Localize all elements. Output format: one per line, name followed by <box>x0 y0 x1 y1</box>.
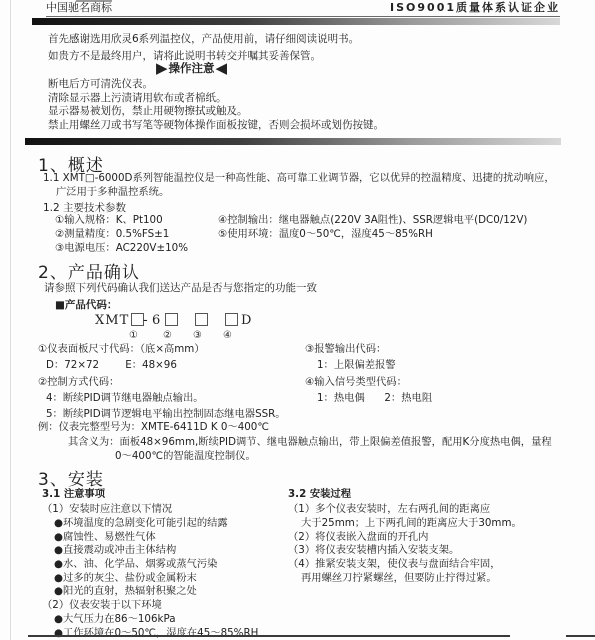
code-description-item: 4：断续PID调节继电器触点输出。 <box>38 390 313 406</box>
caution-heading-text: 操作注意 <box>169 60 215 76</box>
page-bottom-edge-right <box>566 635 595 637</box>
parameter-row: ②测量精度：0.5%FS±1 ⑤使用环境：温度0～50℃，湿度45～85%RH <box>55 227 585 241</box>
installation-columns: 3.1 注意事项 （1）安装时应注意以下情况 ●环境温度的急剧变化可能引起的结露… <box>42 488 587 640</box>
note-bullet: ●水、油、化学品、烟雾或蒸气污染 <box>42 558 288 572</box>
trademark-label: 中国驰名商标 <box>46 2 112 14</box>
paragraph-line: 广泛用于多种温控系统。 <box>43 186 555 200</box>
parameter-row: ①输入规格：K、Pt100 ④控制输出：继电器触点(220V 3A阻性)、SSR… <box>55 213 585 227</box>
caution-line: 清除显示器上污渍请用软布或者棉纸。 <box>48 92 384 106</box>
right-triangle-icon: ▶ <box>156 61 168 75</box>
process-step: 大于25mm；上下两孔间的距离应大于30mm。 <box>288 517 587 531</box>
example-line: 其含义为：面板48×96mm,断续PID调节、继电器触点输出，带上限偏差值报警，… <box>38 435 552 450</box>
parameter-item: ④控制输出：继电器触点(220V 3A阻性)、SSR逻辑电平(DC0/12V) <box>218 213 527 227</box>
process-subheading: 3.2 安装过程 <box>288 488 587 502</box>
code-description-item: ①仪表面板尺寸代码：（底×高mm） <box>38 341 305 357</box>
code-description-item: ②控制方式代码： <box>38 374 305 390</box>
code-description-item: 1：热电偶 2：热电阻 <box>313 390 432 406</box>
caution-line: 显示器易被划伤，禁止用硬物擦拭或触及。 <box>48 105 384 119</box>
left-triangle-icon: ◀ <box>216 61 228 75</box>
section3-title: 3、安装 <box>38 465 104 490</box>
page-header: 中国驰名商标 ISO9001质量体系认证企业 <box>46 2 560 17</box>
process-step: （3）将仪表安装槽内插入安装支架。 <box>288 544 587 558</box>
notes-subheading: 3.1 注意事项 <box>42 488 288 502</box>
code-position-3: ③ <box>193 330 202 341</box>
gradient-divider-middle <box>25 138 561 145</box>
operation-caution-heading: ▶ 操作注意 ◀ <box>156 60 227 76</box>
manual-page: 中国驰名商标 ISO9001质量体系认证企业 首先感谢选用欣灵6系列温控仪，产品… <box>0 0 595 640</box>
caution-line: 断电后方可清洗仪表。 <box>48 78 384 92</box>
process-step: 再用螺丝刀拧紧螺丝，但要防止拧得过紧。 <box>288 572 587 586</box>
parameter-item: ⑤使用环境：温度0～50℃，湿度45～85%RH <box>218 227 433 241</box>
section1-description: 1.1 XMT□-6000D系列智能温控仪是一种高性能、高可靠工业调节器，它以优… <box>43 172 555 199</box>
parameter-row: ③电源电压：AC220V±10% <box>55 241 585 255</box>
caution-line: 禁止用螺丝刀或书写笔等硬物体操作面板按键，否则会损坏或划伤按键。 <box>48 119 384 133</box>
installation-notes-column: 3.1 注意事项 （1）安装时应注意以下情况 ●环境温度的急剧变化可能引起的结露… <box>42 488 288 640</box>
process-step: （4）推紧安装支架，使仪表与盘面结合牢固， <box>288 558 587 572</box>
code-box-4 <box>225 313 238 326</box>
code-description-item: ③报警输出代码： <box>305 341 386 357</box>
code-position-4: ④ <box>223 330 232 341</box>
caution-list: 断电后方可清洗仪表。 清除显示器上污渍请用软布或者棉纸。 显示器易被划伤，禁止用… <box>48 78 384 133</box>
section2-intro: 请参照下列代码确认我们送达产品是否与您指定的功能一致 <box>44 280 317 295</box>
technical-parameters: ①输入规格：K、Pt100 ④控制输出：继电器触点(220V 3A阻性)、SSR… <box>55 213 585 255</box>
code-description-item: D：72×72 E：48×96 <box>38 357 313 373</box>
iso-certification-label: ISO9001质量体系认证企业 <box>390 2 560 14</box>
gradient-divider-top <box>32 18 560 25</box>
process-step: （2）将仪表嵌入盘面的开孔内 <box>288 531 587 545</box>
code-position-2: ② <box>163 330 172 341</box>
parameter-item: ①输入规格：K、Pt100 <box>55 213 218 227</box>
note-bullet: ●过多的灰尘、盐份或金属粉末 <box>42 572 288 586</box>
code-prefix: XMT <box>95 313 129 328</box>
code-description-row: 4：断续PID调节继电器触点输出。 1：热电偶 2：热电阻 <box>38 390 578 406</box>
note-bullet: ●阳光的直射，热辐射积聚之处 <box>42 585 288 599</box>
code-suffix: D <box>241 313 251 328</box>
code-position-1: ① <box>129 330 138 341</box>
code-box-2 <box>165 313 178 326</box>
process-step: （1）多个仪表安装时，左右两孔间的距离应 <box>288 503 587 517</box>
code-description-row: ②控制方式代码： ④输入信号类型代码： <box>38 374 578 390</box>
paragraph-line: 1.1 XMT□-6000D系列智能温控仪是一种高性能、高可靠工业调节器，它以优… <box>43 172 555 186</box>
note-bullet: ●工作环境在0～50℃，湿度在45～85%RH <box>42 627 288 640</box>
installation-process-column: 3.2 安装过程 （1）多个仪表安装时，左右两孔间的距离应 大于25mm；上下两… <box>288 488 587 640</box>
code-description-item: ④输入信号类型代码： <box>305 374 407 390</box>
notes-item: （1）安装时应注意以下情况 <box>42 503 288 517</box>
code-digit: 6 <box>152 313 160 328</box>
page-left-edge <box>10 0 11 640</box>
example-line: 0～400℃的智能温度控制仪。 <box>38 449 552 464</box>
code-box-3 <box>195 313 208 326</box>
note-bullet: ●环境温度的急剧变化可能引起的结露 <box>42 517 288 531</box>
page-bottom-edge <box>28 635 510 637</box>
note-bullet: ●大气压力在86～106kPa <box>42 613 288 627</box>
model-example: 例：仪表完整型号为：XMTE-6411D K 0～400℃ 其含义为：面板48×… <box>38 420 552 464</box>
parameter-item: ②测量精度：0.5%FS±1 <box>55 227 218 241</box>
notes-item: （2）仪表安装于以下环境 <box>42 599 288 613</box>
code-descriptions: ①仪表面板尺寸代码：（底×高mm） ③报警输出代码： D：72×72 E：48×… <box>38 341 578 422</box>
code-description-row: D：72×72 E：48×96 1：上限偏差报警 <box>38 357 578 373</box>
code-description-item: 1：上限偏差报警 <box>313 357 396 373</box>
code-dash: - <box>143 313 148 328</box>
note-bullet: ●腐蚀性、易燃性气体 <box>42 531 288 545</box>
code-description-row: ①仪表面板尺寸代码：（底×高mm） ③报警输出代码： <box>38 341 578 357</box>
note-bullet: ●直接震动或冲击主体结构 <box>42 544 288 558</box>
parameter-item: ③电源电压：AC220V±10% <box>55 241 218 255</box>
intro-line: 首先感谢选用欣灵6系列温控仪，产品使用前，请仔细阅读说明书。 <box>48 31 359 48</box>
example-line: 例：仪表完整型号为：XMTE-6411D K 0～400℃ <box>38 420 552 435</box>
product-code-label: ■产品代码： <box>55 297 117 312</box>
